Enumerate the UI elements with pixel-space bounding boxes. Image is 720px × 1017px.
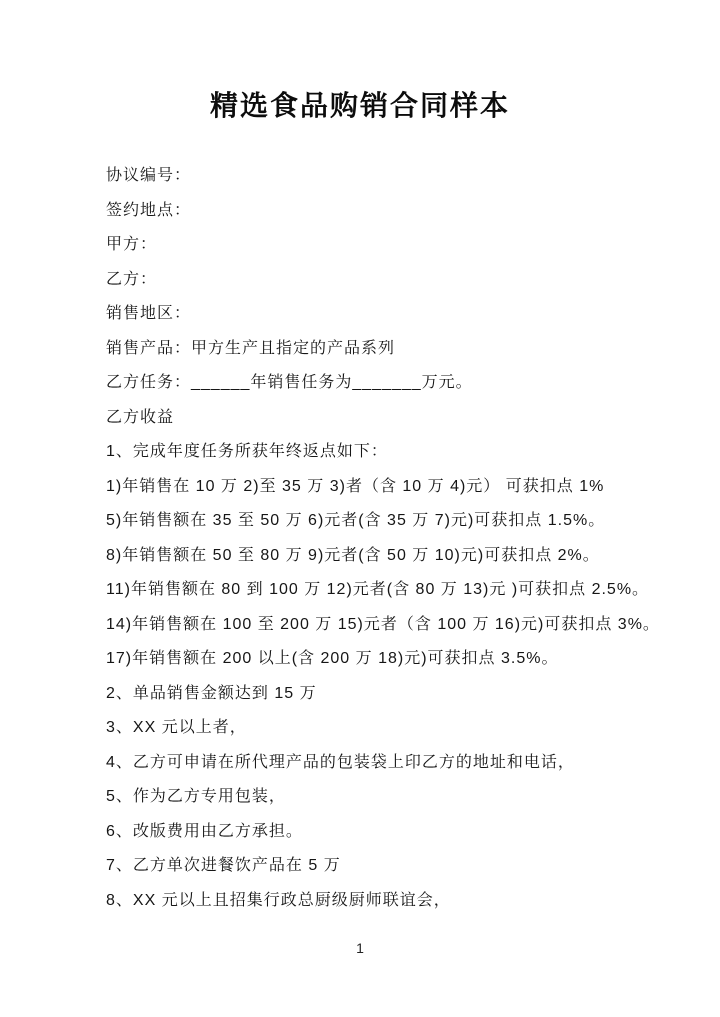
contract-line: 1)年销售在 10 万 2)至 35 万 3)者（含 10 万 4)元） 可获扣… (106, 470, 660, 505)
contract-line-party-b-income: 乙方收益 (106, 401, 660, 436)
contract-line: 17)年销售额在 200 以上(含 200 万 18)元)可获扣点 3.5%。 (106, 642, 660, 677)
contract-line: 7、乙方单次进餐饮产品在 5 万 (106, 849, 660, 884)
contract-line-agreement-number: 协议编号： (106, 159, 660, 194)
contract-line: 8)年销售额在 50 至 80 万 9)元者(含 50 万 10)元)可获扣点 … (106, 539, 660, 574)
contract-line-sales-product: 销售产品：甲方生产且指定的产品系列 (106, 332, 660, 367)
contract-line: 8、XX 元以上且招集行政总厨级厨师联谊会， (106, 884, 660, 919)
contract-line: 4、乙方可申请在所代理产品的包装袋上印乙方的地址和电话， (106, 746, 660, 781)
page-number: 1 (0, 941, 720, 955)
contract-line: 14)年销售额在 100 至 200 万 15)元者（含 100 万 16)元)… (106, 608, 660, 643)
contract-line-party-b-task: 乙方任务：______年销售任务为_______万元。 (106, 366, 660, 401)
document-title: 精选食品购销合同样本 (0, 0, 720, 121)
contract-line: 1、完成年度任务所获年终返点如下： (106, 435, 660, 470)
contract-line: 11)年销售额在 80 到 100 万 12)元者(含 80 万 13)元 )可… (106, 573, 660, 608)
contract-line: 6、改版费用由乙方承担。 (106, 815, 660, 850)
contract-body: 协议编号： 签约地点： 甲方： 乙方： 销售地区： 销售产品：甲方生产且指定的产… (106, 159, 660, 918)
contract-line: 5、作为乙方专用包装， (106, 780, 660, 815)
contract-line: 2、单品销售金额达到 15 万 (106, 677, 660, 712)
contract-line: 3、XX 元以上者， (106, 711, 660, 746)
contract-line-sales-region: 销售地区： (106, 297, 660, 332)
contract-document-page: 精选食品购销合同样本 协议编号： 签约地点： 甲方： 乙方： 销售地区： 销售产… (0, 0, 720, 1017)
contract-line-signing-place: 签约地点： (106, 194, 660, 229)
contract-line-party-b: 乙方： (106, 263, 660, 298)
contract-line-party-a: 甲方： (106, 228, 660, 263)
contract-line: 5)年销售额在 35 至 50 万 6)元者(含 35 万 7)元)可获扣点 1… (106, 504, 660, 539)
